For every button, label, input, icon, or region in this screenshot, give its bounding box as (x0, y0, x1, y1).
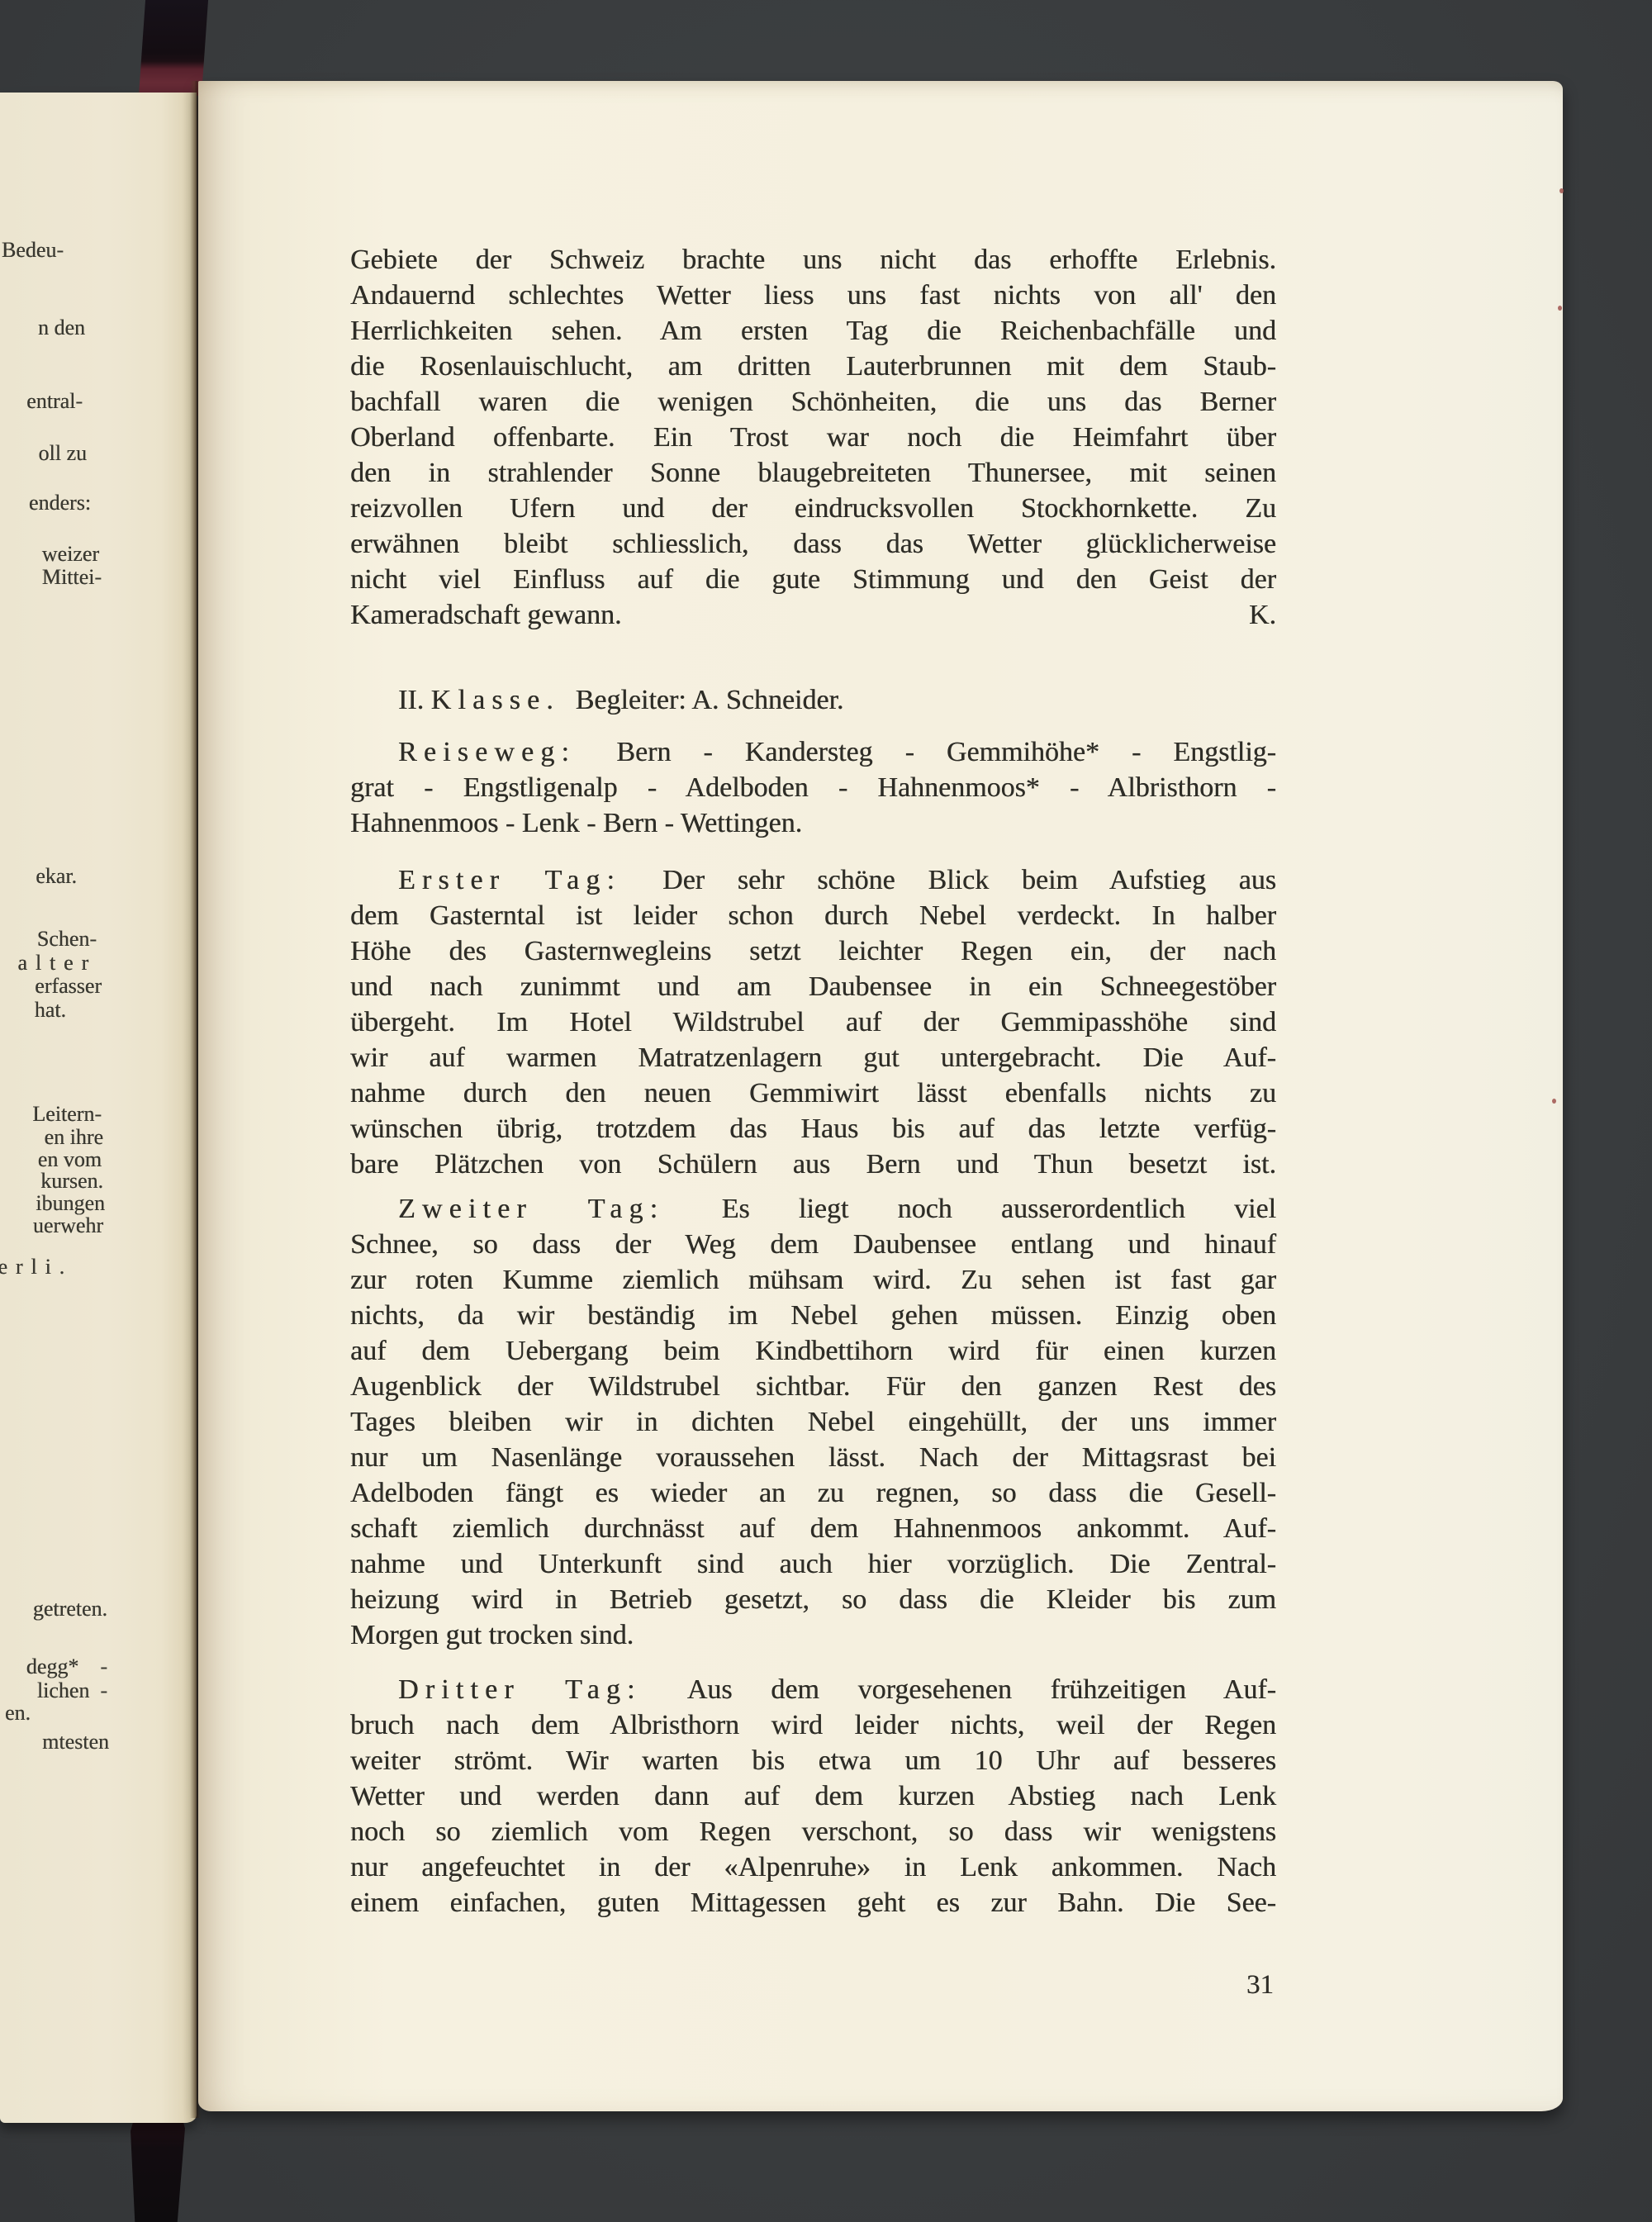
paragraph-label: Erster Tag: (398, 865, 621, 895)
text-line: Hahnenmoos - Lenk - Bern - Wettingen. (350, 805, 1276, 841)
text-line: Tages bleiben wir in dichten Nebel einge… (350, 1404, 1276, 1440)
signature: K. (1249, 597, 1276, 633)
left-page-fragment: ibungen (36, 1191, 105, 1216)
left-page-fragment: enders: (29, 491, 91, 515)
paragraph-first-line: Reiseweg: Bern - Kandersteg - Gemmihöhe*… (350, 734, 1276, 770)
text-line: und nach zunimmt und am Daubensee in ein… (350, 969, 1276, 1004)
text-line: grat - Engstligenalp - Adelboden - Hahne… (350, 770, 1276, 805)
text-line: heizung wird in Betrieb gesetzt, so dass… (350, 1582, 1276, 1617)
left-page-fragment: en ihre (45, 1125, 103, 1150)
paragraph-first-line: Dritter Tag: Aus dem vorgesehenen frühze… (350, 1672, 1276, 1707)
left-page-fragment: erli. (0, 1255, 73, 1280)
intro-paragraph: Gebiete der Schweiz brachte uns nicht da… (350, 242, 1276, 633)
heading-line: II. Klasse. Begleiter: A. Schneider. (350, 682, 1276, 718)
left-page-fragment: uerwehr (33, 1213, 103, 1238)
left-page-fragment: Mittei- (42, 565, 102, 590)
text-line: die Rosenlauischlucht, am dritten Lauter… (350, 349, 1276, 384)
text-line: Adelboden fängt es wieder an zu regnen, … (350, 1475, 1276, 1511)
text-line: bachfall waren die wenigen Schönheiten, … (350, 384, 1276, 420)
text-line: den in strahlender Sonne blaugebreiteten… (350, 455, 1276, 491)
text-line: nichts, da wir beständig im Nebel gehen … (350, 1298, 1276, 1333)
text-line: nahme durch den neuen Gemmiwirt lässt eb… (350, 1075, 1276, 1111)
left-page-fragment: ekar. (36, 864, 77, 889)
left-page-fragment: degg* - (26, 1655, 107, 1679)
text-line: wünschen übrig, trotzdem das Haus bis au… (350, 1111, 1276, 1147)
text-line: Höhe des Gasternwegleins setzt leichter … (350, 933, 1276, 969)
reiseweg-paragraph: Reiseweg: Bern - Kandersteg - Gemmihöhe*… (350, 734, 1276, 841)
left-page-fragment: kursen. (40, 1169, 103, 1194)
text-line: Gebiete der Schweiz brachte uns nicht da… (350, 242, 1276, 278)
text-line: erwähnen bleibt schliesslich, dass das W… (350, 526, 1276, 562)
text-line: reizvollen Ufern und der eindrucksvollen… (350, 491, 1276, 526)
left-page-fragment: entral- (26, 389, 83, 414)
left-page-fragment: Bedeu- (2, 238, 64, 263)
left-page-fragment: hat. (35, 998, 66, 1023)
heading-rest: Begleiter: A. Schneider. (576, 685, 844, 715)
page-edge-speck (1552, 1099, 1556, 1104)
left-page-fragment: Leitern- (32, 1102, 102, 1127)
left-page-fragment: n den (38, 316, 85, 340)
text-line: Andauernd schlechtes Wetter liess uns fa… (350, 278, 1276, 313)
text-line: zur roten Kumme ziemlich mühsam wird. Zu… (350, 1262, 1276, 1298)
text-line: bruch nach dem Albristhorn wird leider n… (350, 1707, 1276, 1743)
heading-spaced-word: Klasse. (431, 685, 560, 715)
page-edge-speck (1559, 188, 1564, 193)
text-line: Herrlichkeiten sehen. Am ersten Tag die … (350, 313, 1276, 349)
left-page-fragment: oll zu (39, 441, 88, 466)
page-edge-speck (1558, 306, 1562, 311)
text-line: nicht viel Einfluss auf die gute Stimmun… (350, 562, 1276, 597)
paragraph-label: Zweiter Tag: (398, 1194, 664, 1224)
text-line: schaft ziemlich durchnässt auf dem Hahne… (350, 1511, 1276, 1546)
text-line: dem Gasterntal ist leider schon durch Ne… (350, 898, 1276, 933)
text-line: Morgen gut trocken sind. (350, 1617, 1276, 1653)
book-photo-scan: Gebiete der Schweiz brachte uns nicht da… (0, 0, 1652, 2222)
paragraph-label: Reiseweg: (398, 737, 576, 767)
left-page-fragments: Bedeu-n denentral-oll zuenders:weizerMit… (0, 0, 197, 2148)
paragraph-label: Dritter Tag: (398, 1674, 642, 1705)
left-page-fragment: alter (17, 951, 97, 976)
text-line: nur angefeuchtet in der «Alpenruhe» in L… (350, 1849, 1276, 1885)
text-line: noch so ziemlich vom Regen verschont, so… (350, 1814, 1276, 1849)
zweiter-tag-paragraph: Zweiter Tag: Es liegt noch ausserordentl… (350, 1191, 1276, 1653)
dritter-tag-paragraph: Dritter Tag: Aus dem vorgesehenen frühze… (350, 1672, 1276, 1921)
paragraph-first-line: Zweiter Tag: Es liegt noch ausserordentl… (350, 1191, 1276, 1227)
paragraph-first-line: Erster Tag: Der sehr schöne Blick beim A… (350, 862, 1276, 898)
text-line: Schnee, so dass der Weg dem Daubensee en… (350, 1227, 1276, 1262)
erster-tag-paragraph: Erster Tag: Der sehr schöne Blick beim A… (350, 862, 1276, 1182)
text-line: auf dem Uebergang beim Kindbettihorn wir… (350, 1333, 1276, 1369)
book-page: Gebiete der Schweiz brachte uns nicht da… (198, 81, 1563, 2111)
left-page-fragment: Schen- (37, 927, 97, 952)
left-page-fragment: lichen - (37, 1678, 107, 1703)
text-line: Oberland offenbarte. Ein Trost war noch … (350, 420, 1276, 455)
text-line: weiter strömt. Wir warten bis etwa um 10… (350, 1743, 1276, 1778)
text-line: nur um Nasenlänge voraussehen lässt. Nac… (350, 1440, 1276, 1475)
text-line: Wetter und werden dann auf dem kurzen Ab… (350, 1778, 1276, 1814)
text-line: übergeht. Im Hotel Wildstrubel auf der G… (350, 1004, 1276, 1040)
signature-line: Kameradschaft gewann.K. (350, 597, 1276, 633)
last-line-text: Kameradschaft gewann. (350, 597, 622, 633)
text-line: wir auf warmen Matratzenlagern gut unter… (350, 1040, 1276, 1075)
left-page-fragment: mtesten (42, 1730, 109, 1754)
heading-prefix: II. (398, 685, 424, 715)
text-line: nahme und Unterkunft sind auch hier vorz… (350, 1546, 1276, 1582)
text-line: Augenblick der Wildstrubel sichtbar. Für… (350, 1369, 1276, 1404)
left-page-fragment: weizer (42, 542, 99, 567)
text-line: einem einfachen, guten Mittagessen geht … (350, 1885, 1276, 1921)
left-page-fragment: getreten. (33, 1597, 107, 1621)
left-page-fragment: erfasser (35, 974, 102, 999)
left-page-fragment: en. (5, 1701, 31, 1726)
text-line: bare Plätzchen von Schülern aus Bern und… (350, 1147, 1276, 1182)
class-heading: II. Klasse. Begleiter: A. Schneider. (350, 682, 1276, 718)
page-number: 31 (350, 1970, 1274, 2001)
